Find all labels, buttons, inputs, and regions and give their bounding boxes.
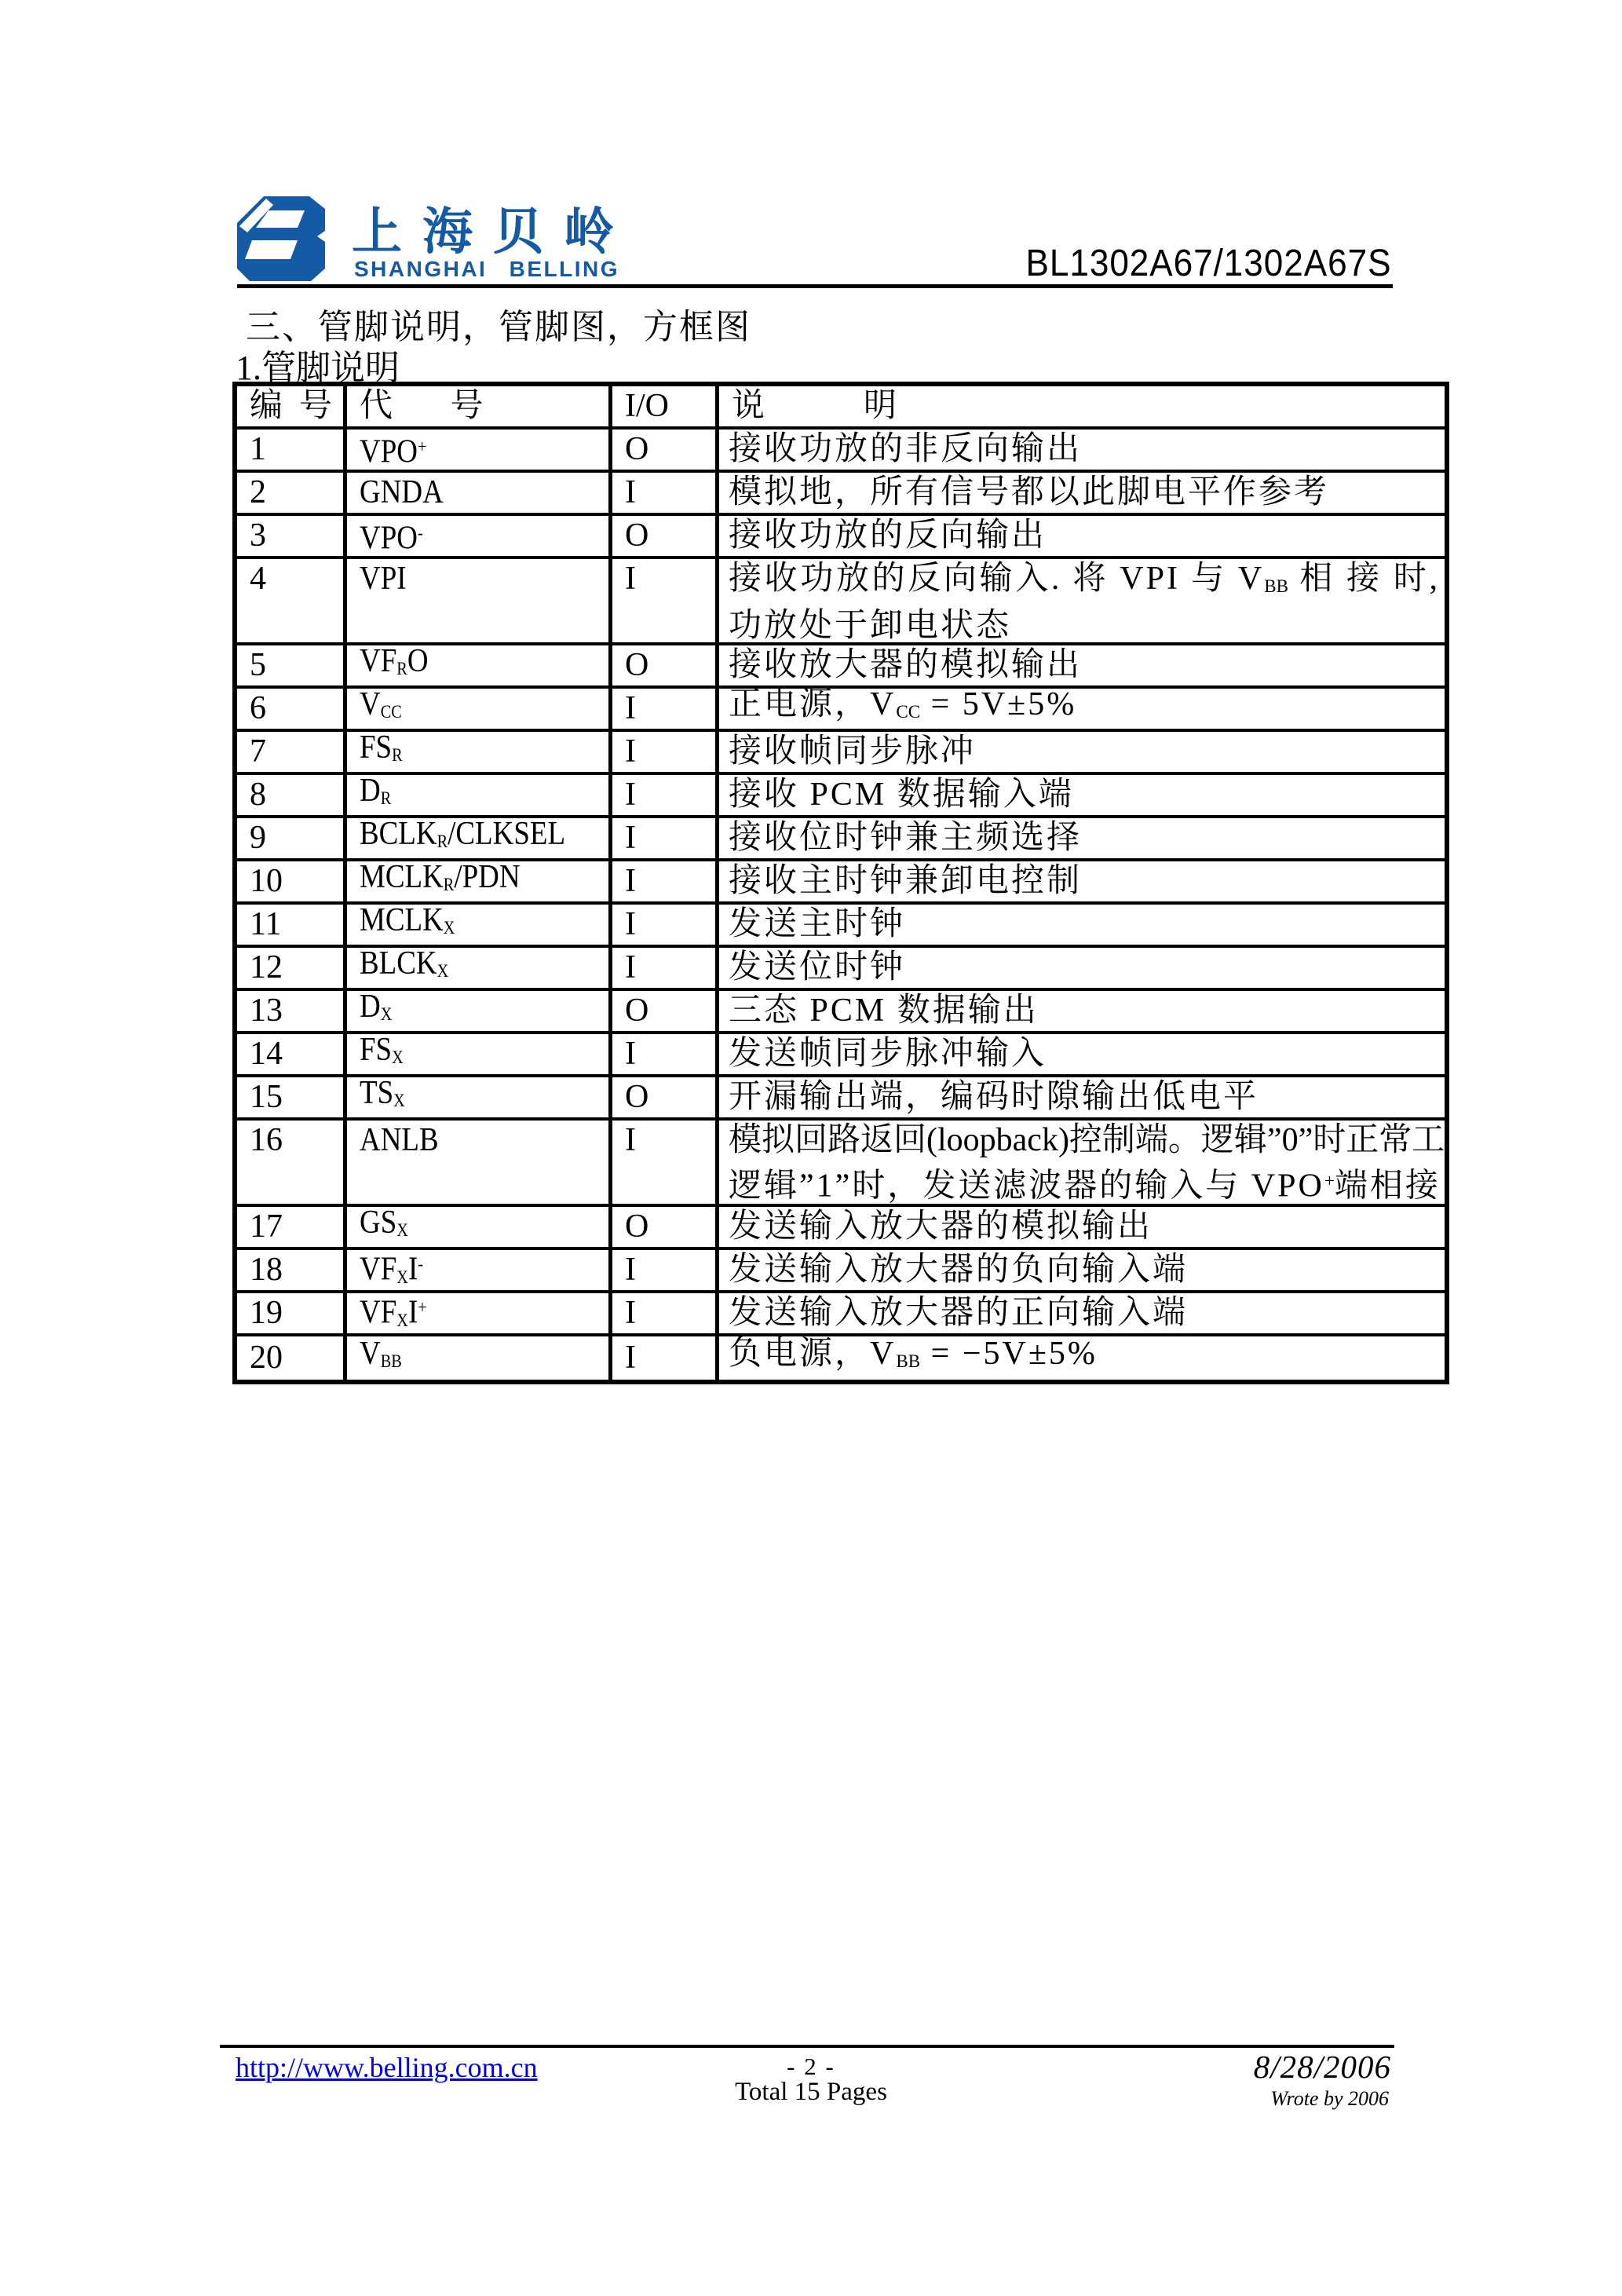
- pin-row: 16ANLBI模拟回路返回(loopback)控制端。逻辑”0”时正常工逻辑”1…: [237, 1121, 1445, 1207]
- pin-number-cell: 2: [237, 473, 347, 513]
- pin-code-cell: TSX: [347, 1077, 612, 1117]
- pin-code-cell: VBB: [347, 1336, 612, 1380]
- description-line: 正电源，VCC = 5V±5%: [729, 689, 1445, 729]
- pin-io-cell: I: [612, 1336, 719, 1380]
- pin-description-cell: 接收 PCM 数据输入端: [719, 775, 1445, 815]
- pin-description-cell: 模拟地，所有信号都以此脚电平作参考: [719, 473, 1445, 513]
- pin-code-cell: VCC: [347, 689, 612, 729]
- pin-number-cell: 7: [237, 732, 347, 772]
- pin-io-cell: I: [612, 1121, 719, 1204]
- pin-row: 20VBBI负电源，VBB = −5V±5%: [237, 1336, 1445, 1380]
- pin-code-cell: FSX: [347, 1034, 612, 1074]
- logo-company-name-en: SHANGHAI BELLING: [354, 257, 619, 282]
- description-line: 接收功放的非反向输出: [729, 430, 1445, 470]
- pin-description-cell: 三态 PCM 数据输出: [719, 991, 1445, 1031]
- footer-wrote-by: Wrote by 2006: [1270, 2087, 1389, 2111]
- pin-number-cell: 5: [237, 645, 347, 686]
- pin-row: 4VPII接收功放的反向输入. 将 VPI 与 VBB 相 接 时,功放处于卸电…: [237, 559, 1445, 645]
- pin-code-cell: MCLKR/PDN: [347, 861, 612, 901]
- pin-io-cell: O: [612, 1077, 719, 1117]
- pin-code-cell: VPI: [347, 559, 612, 642]
- pin-description-cell: 开漏输出端，编码时隙输出低电平: [719, 1077, 1445, 1117]
- pin-number-cell: 11: [237, 905, 347, 945]
- pin-number-cell: 1: [237, 430, 347, 470]
- description-line: 发送输入放大器的负向输入端: [729, 1250, 1445, 1290]
- pin-description-cell: 发送位时钟: [719, 948, 1445, 988]
- pin-io-cell: I: [612, 818, 719, 858]
- pin-code-cell: BCLKR/CLKSEL: [347, 818, 612, 858]
- pin-number-cell: 8: [237, 775, 347, 815]
- pin-number-cell: 12: [237, 948, 347, 988]
- description-line: 接收主时钟兼卸电控制: [729, 861, 1445, 901]
- description-line: 接收功放的反向输入. 将 VPI 与 VBB 相 接 时,: [729, 559, 1445, 606]
- pin-description-cell: 接收功放的反向输入. 将 VPI 与 VBB 相 接 时,功放处于卸电状态: [719, 559, 1445, 642]
- pin-number-cell: 6: [237, 689, 347, 729]
- logo-company-name-cn: 上海贝岭: [352, 192, 634, 264]
- pin-code-cell: DR: [347, 775, 612, 815]
- pin-code-cell: BLCKX: [347, 948, 612, 988]
- pin-code-cell: DX: [347, 991, 612, 1031]
- pin-row: 13DXO三态 PCM 数据输出: [237, 991, 1445, 1034]
- footer-rule: [220, 2045, 1394, 2048]
- pin-code-cell: GSX: [347, 1207, 612, 1247]
- pin-row: 3VPO-O接收功放的反向输出: [237, 516, 1445, 559]
- description-line: 接收放大器的模拟输出: [729, 645, 1445, 686]
- pin-code-cell: GNDA: [347, 473, 612, 513]
- pin-description-cell: 接收功放的非反向输出: [719, 430, 1445, 470]
- description-line: 接收帧同步脉冲: [729, 732, 1445, 772]
- pin-io-cell: I: [612, 1250, 719, 1290]
- pin-number-cell: 19: [237, 1293, 347, 1333]
- description-line: 发送帧同步脉冲输入: [729, 1034, 1445, 1074]
- footer-page-number: - 2 -: [732, 2053, 890, 2081]
- pin-number-cell: 10: [237, 861, 347, 901]
- column-header: 说 明: [719, 386, 1445, 426]
- pin-number-cell: 4: [237, 559, 347, 642]
- pin-description-cell: 接收帧同步脉冲: [719, 732, 1445, 772]
- pin-io-cell: I: [612, 948, 719, 988]
- pin-row: 19VFXI+I发送输入放大器的正向输入端: [237, 1293, 1445, 1336]
- pin-row: 17GSXO发送输入放大器的模拟输出: [237, 1207, 1445, 1250]
- description-line: 发送输入放大器的模拟输出: [729, 1207, 1445, 1247]
- description-line: 接收位时钟兼主频选择: [729, 818, 1445, 858]
- pin-number-cell: 13: [237, 991, 347, 1031]
- pin-io-cell: O: [612, 991, 719, 1031]
- pin-code-cell: VPO+: [347, 430, 612, 470]
- pin-io-cell: I: [612, 861, 719, 901]
- pin-number-cell: 18: [237, 1250, 347, 1290]
- pin-io-cell: I: [612, 1034, 719, 1074]
- pin-number-cell: 3: [237, 516, 347, 556]
- pin-io-cell: I: [612, 559, 719, 642]
- pin-code-cell: ANLB: [347, 1121, 612, 1204]
- pin-code-cell: VFRO: [347, 645, 612, 686]
- pin-description-cell: 正电源，VCC = 5V±5%: [719, 689, 1445, 729]
- pin-number-cell: 14: [237, 1034, 347, 1074]
- pin-row: 14FSXI发送帧同步脉冲输入: [237, 1034, 1445, 1077]
- description-line: 三态 PCM 数据输出: [729, 991, 1445, 1031]
- pin-description-cell: 发送主时钟: [719, 905, 1445, 945]
- header-rule: [237, 284, 1393, 288]
- pin-description-cell: 发送帧同步脉冲输入: [719, 1034, 1445, 1074]
- description-line: 模拟回路返回(loopback)控制端。逻辑”0”时正常工: [729, 1121, 1445, 1161]
- pin-code-cell: VFXI+: [347, 1293, 612, 1333]
- footer-date: 8/28/2006: [1254, 2048, 1391, 2086]
- description-line: 接收功放的反向输出: [729, 516, 1445, 556]
- pin-row: 8DRI接收 PCM 数据输入端: [237, 775, 1445, 818]
- description-line: 功放处于卸电状态: [729, 606, 1445, 642]
- column-header: 代 号: [347, 386, 612, 426]
- part-number: BL1302A67/1302A67S: [1025, 242, 1391, 285]
- pin-description-cell: 接收功放的反向输出: [719, 516, 1445, 556]
- pin-io-cell: I: [612, 473, 719, 513]
- pin-description-cell: 发送输入放大器的正向输入端: [719, 1293, 1445, 1333]
- datasheet-page: 上海贝岭 SHANGHAI BELLING BL1302A67/1302A67S…: [0, 0, 1622, 2296]
- pin-description-cell: 发送输入放大器的模拟输出: [719, 1207, 1445, 1247]
- pin-row: 15TSXO开漏输出端，编码时隙输出低电平: [237, 1077, 1445, 1121]
- pin-number-cell: 17: [237, 1207, 347, 1247]
- pin-number-cell: 20: [237, 1336, 347, 1380]
- pin-row: 5VFROO接收放大器的模拟输出: [237, 645, 1445, 689]
- column-header: 编 号: [237, 386, 347, 426]
- footer-total-pages: Total 15 Pages: [693, 2078, 929, 2107]
- pin-number-cell: 16: [237, 1121, 347, 1204]
- pin-description-cell: 接收主时钟兼卸电控制: [719, 861, 1445, 901]
- belling-logo-icon: [237, 196, 327, 281]
- pin-row: 12BLCKXI发送位时钟: [237, 948, 1445, 991]
- pin-io-cell: I: [612, 775, 719, 815]
- pin-code-cell: FSR: [347, 732, 612, 772]
- description-line: 模拟地，所有信号都以此脚电平作参考: [729, 473, 1445, 513]
- pin-code-cell: VFXI-: [347, 1250, 612, 1290]
- pin-row: 18VFXI-I发送输入放大器的负向输入端: [237, 1250, 1445, 1293]
- pin-io-cell: O: [612, 1207, 719, 1247]
- pin-io-cell: O: [612, 430, 719, 470]
- pin-number-cell: 15: [237, 1077, 347, 1117]
- description-line: 发送输入放大器的正向输入端: [729, 1293, 1445, 1333]
- pin-description-cell: 发送输入放大器的负向输入端: [719, 1250, 1445, 1290]
- column-header: I/O: [612, 386, 719, 426]
- description-line: 接收 PCM 数据输入端: [729, 775, 1445, 815]
- pin-io-cell: I: [612, 732, 719, 772]
- pin-description-cell: 负电源，VBB = −5V±5%: [719, 1336, 1445, 1380]
- pin-description-cell: 接收位时钟兼主频选择: [719, 818, 1445, 858]
- description-line: 开漏输出端，编码时隙输出低电平: [729, 1077, 1445, 1117]
- table-header-row: 编 号代 号I/O说 明: [237, 386, 1445, 430]
- pin-description-cell: 模拟回路返回(loopback)控制端。逻辑”0”时正常工逻辑”1”时，发送滤波…: [719, 1121, 1445, 1204]
- description-line: 发送位时钟: [729, 948, 1445, 988]
- pin-description-cell: 接收放大器的模拟输出: [719, 645, 1445, 686]
- pin-io-cell: O: [612, 645, 719, 686]
- pin-code-cell: MCLKX: [347, 905, 612, 945]
- pin-io-cell: O: [612, 516, 719, 556]
- pin-row: 6VCCI正电源，VCC = 5V±5%: [237, 689, 1445, 732]
- pin-code-cell: VPO-: [347, 516, 612, 556]
- pin-io-cell: I: [612, 689, 719, 729]
- pin-row: 9BCLKR/CLKSELI接收位时钟兼主频选择: [237, 818, 1445, 861]
- footer-website-link[interactable]: http://www.belling.com.cn: [236, 2051, 538, 2084]
- pin-row: 7FSRI接收帧同步脉冲: [237, 732, 1445, 775]
- pin-row: 1VPO+O接收功放的非反向输出: [237, 430, 1445, 473]
- pin-row: 10MCLKR/PDNI接收主时钟兼卸电控制: [237, 861, 1445, 905]
- pin-row: 11MCLKXI发送主时钟: [237, 905, 1445, 948]
- description-line: 负电源，VBB = −5V±5%: [729, 1336, 1445, 1380]
- description-line: 逻辑”1”时，发送滤波器的输入与 VPO+端相接: [729, 1161, 1445, 1204]
- pin-description-table: 编 号代 号I/O说 明1VPO+O接收功放的非反向输出2GNDAI模拟地，所有…: [232, 382, 1449, 1384]
- pin-io-cell: I: [612, 905, 719, 945]
- pin-io-cell: I: [612, 1293, 719, 1333]
- pin-number-cell: 9: [237, 818, 347, 858]
- pin-row: 2GNDAI模拟地，所有信号都以此脚电平作参考: [237, 473, 1445, 516]
- description-line: 发送主时钟: [729, 905, 1445, 945]
